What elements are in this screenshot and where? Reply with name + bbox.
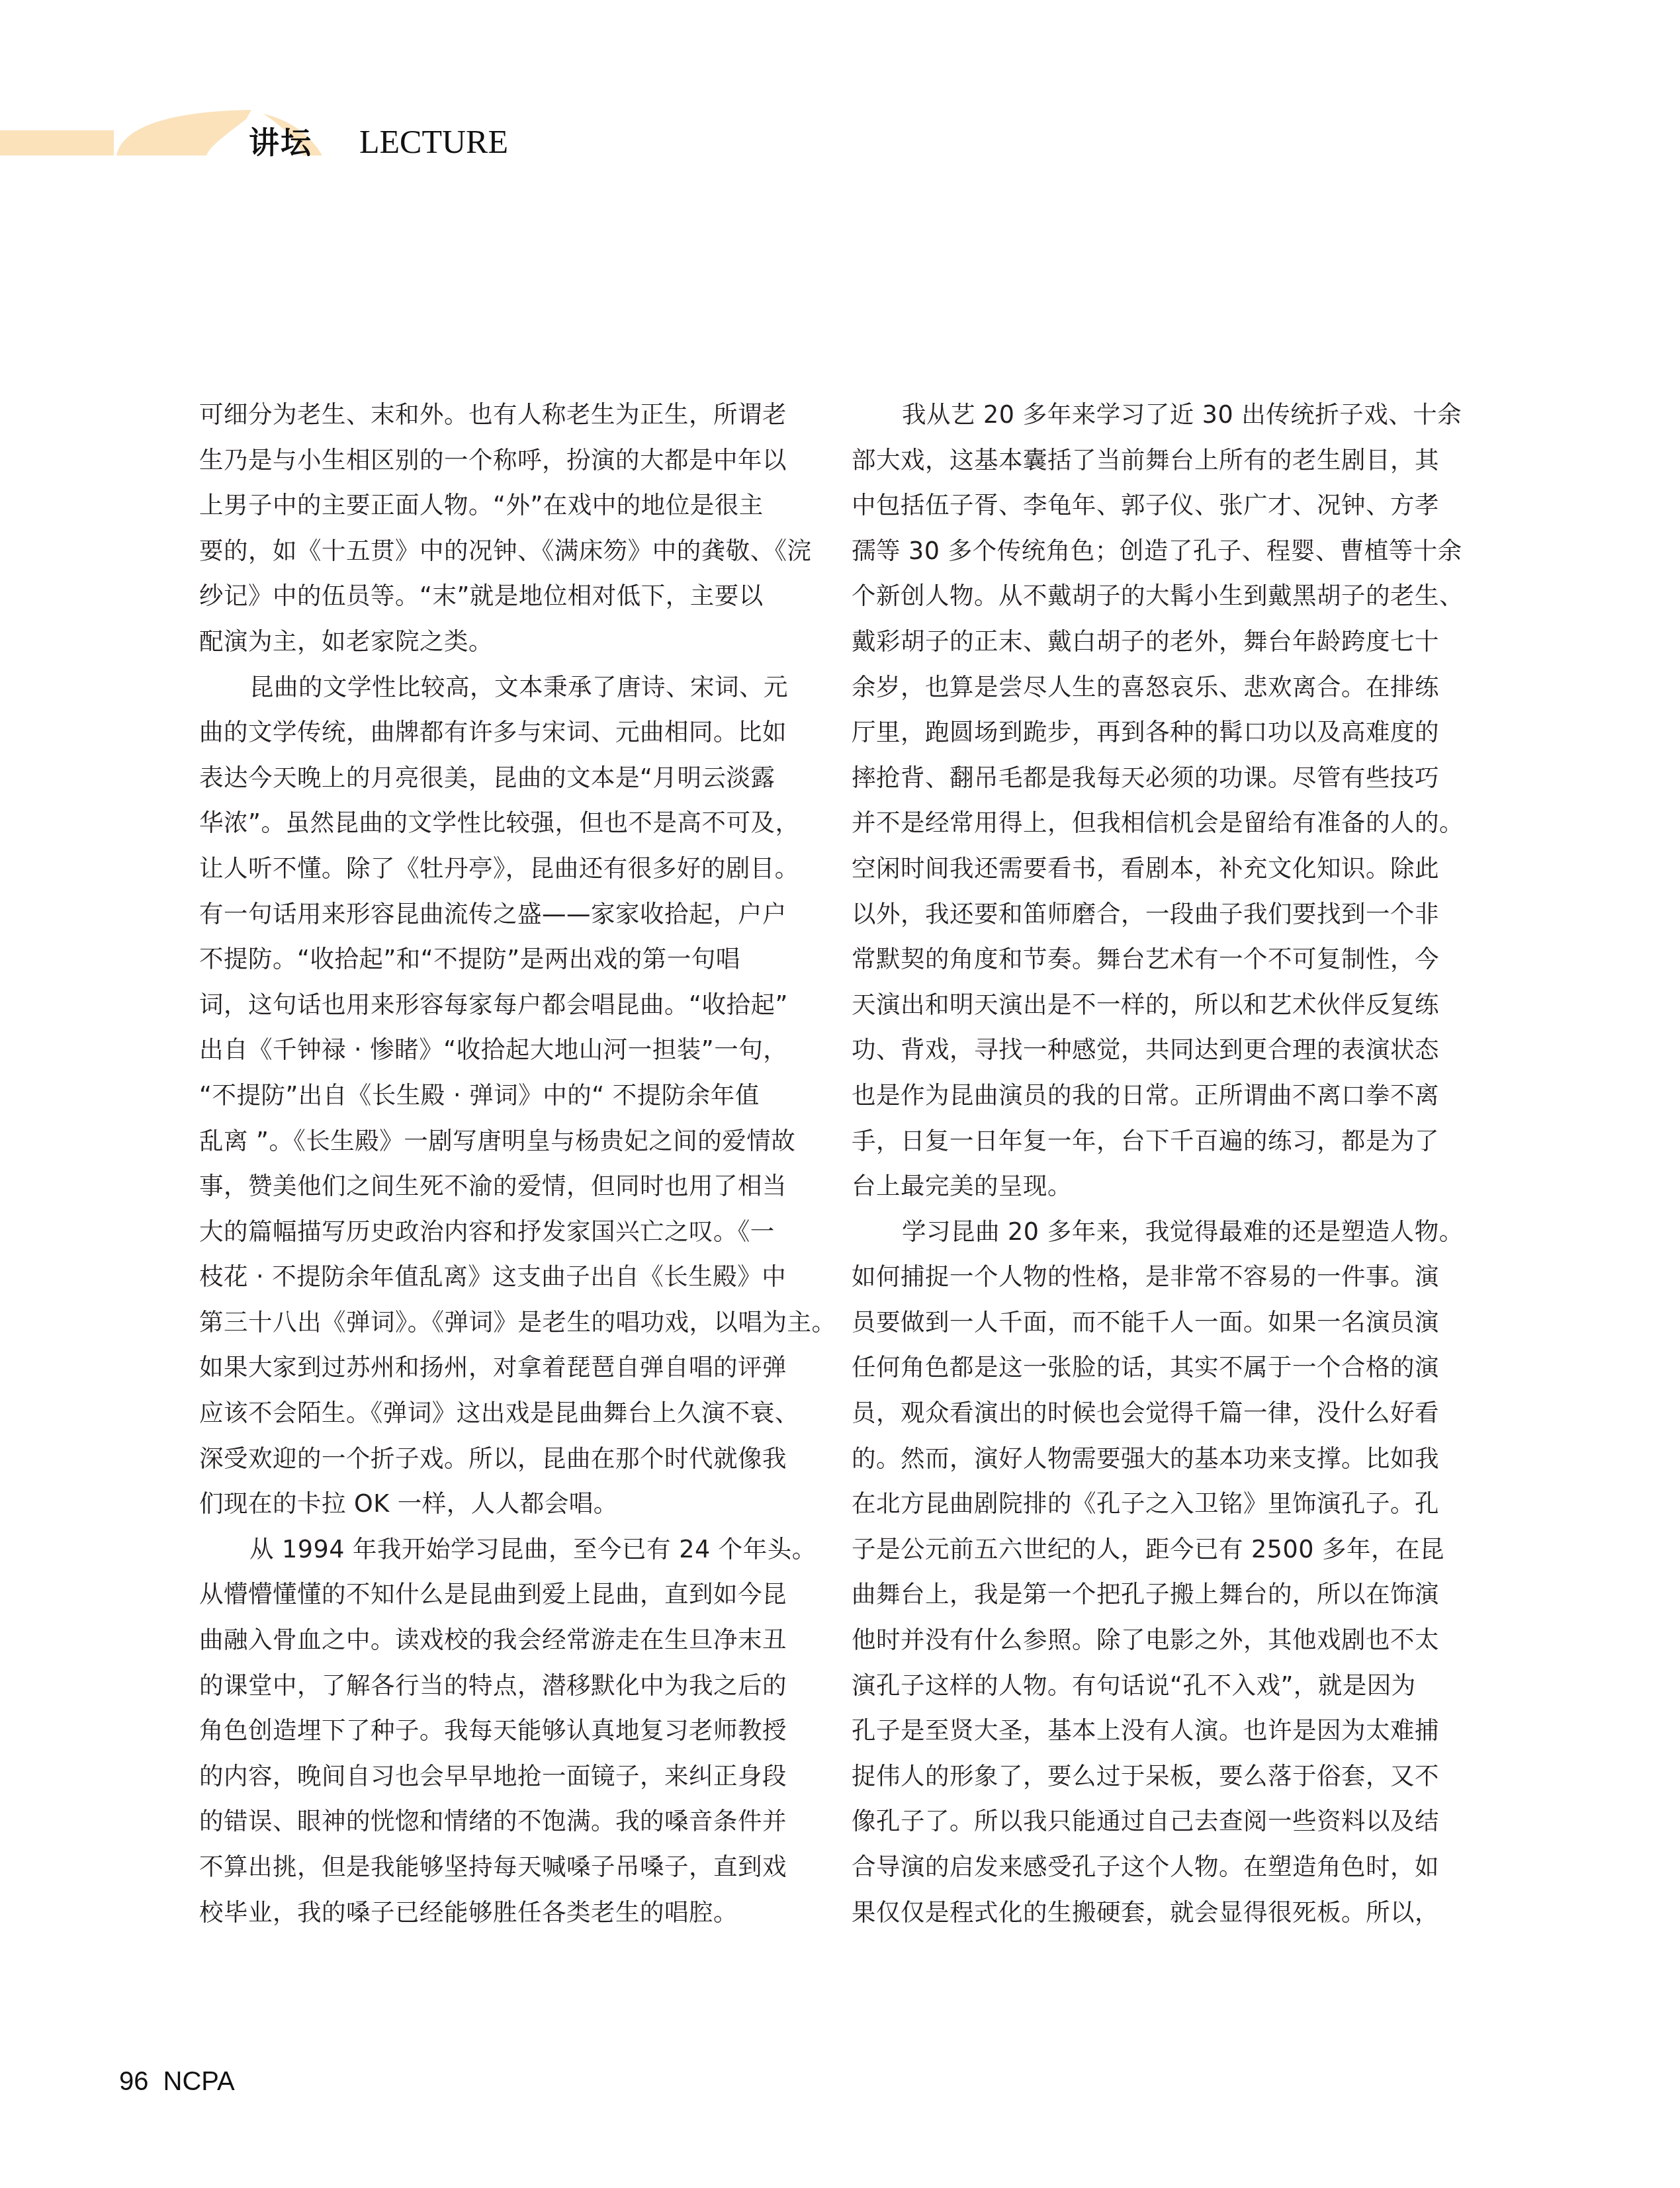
- text-line: 果仅仅是程式化的生搬硬套，就会显得很死板。所以，: [852, 1890, 1487, 1936]
- text-line: 曲的文学传统，曲牌都有许多与宋词、元曲相同。比如: [199, 710, 834, 756]
- text-line: 中包括伍子胥、李龟年、郭子仪、张广才、况钟、方孝: [852, 483, 1487, 529]
- text-line: 戴彩胡子的正末、戴白胡子的老外，舞台年龄跨度七十: [852, 619, 1487, 665]
- text-line: 员，观众看演出的时候也会觉得千篇一律，没什么好看: [852, 1391, 1487, 1436]
- text-line: 手，日复一日年复一年，台下千百遍的练习，都是为了: [852, 1119, 1487, 1164]
- text-line: 校毕业，我的嗓子已经能够胜任各类老生的唱腔。: [199, 1890, 834, 1936]
- text-line: 曲融入骨血之中。读戏校的我会经常游走在生旦净末丑: [199, 1618, 834, 1663]
- text-line: 厅里，跑圆场到跪步，再到各种的髯口功以及高难度的: [852, 710, 1487, 756]
- text-line: “不提防”出自《长生殿 · 弹词》中的“ 不提防余年值: [199, 1073, 834, 1119]
- text-line: 纱记》中的伍员等。“末”就是地位相对低下，主要以: [199, 574, 834, 619]
- text-line: 他时并没有什么参照。除了电影之外，其他戏剧也不太: [852, 1618, 1487, 1663]
- publication-name: NCPA: [163, 2067, 235, 2096]
- text-line: 学习昆曲 20 多年来，我觉得最难的还是塑造人物。: [852, 1209, 1487, 1255]
- text-line: 事，赞美他们之间生死不渝的爱情，但同时也用了相当: [199, 1164, 834, 1209]
- text-line: 大的篇幅描写历史政治内容和抒发家国兴亡之叹。《一: [199, 1209, 834, 1255]
- text-line: 词，这句话也用来形容每家每户都会唱昆曲。“收拾起”: [199, 983, 834, 1028]
- text-line: 员要做到一人千面，而不能千人一面。如果一名演员演: [852, 1300, 1487, 1346]
- text-line: 如何捕捉一个人物的性格，是非常不容易的一件事。演: [852, 1254, 1487, 1300]
- text-line: 并不是经常用得上，但我相信机会是留给有准备的人的。: [852, 801, 1487, 846]
- text-line: 余岁，也算是尝尽人生的喜怒哀乐、悲欢离合。在排练: [852, 665, 1487, 711]
- text-line: 深受欢迎的一个折子戏。所以，昆曲在那个时代就像我: [199, 1436, 834, 1482]
- text-line: 空闲时间我还需要看书，看剧本，补充文化知识。除此: [852, 846, 1487, 892]
- text-line: 天演出和明天演出是不一样的，所以和艺术伙伴反复练: [852, 983, 1487, 1028]
- text-line: 在北方昆曲剧院排的《孔子之入卫铭》里饰演孔子。孔: [852, 1481, 1487, 1527]
- header-decoration-icon: [0, 99, 371, 172]
- text-line: 的课堂中，了解各行当的特点，潜移默化中为我之后的: [199, 1663, 834, 1709]
- text-line: 出自《千钟禄 · 惨睹》“收拾起大地山河一担装”一句，: [199, 1028, 834, 1073]
- text-line: 们现在的卡拉 OK 一样，人人都会唱。: [199, 1481, 834, 1527]
- text-line: 摔抢背、翻吊毛都是我每天必须的功课。尽管有些技巧: [852, 756, 1487, 801]
- text-line: 演孔子这样的人物。有句话说“孔不入戏”，就是因为: [852, 1663, 1487, 1709]
- text-line: 也是作为昆曲演员的我的日常。正所谓曲不离口拳不离: [852, 1073, 1487, 1119]
- text-line: 以外，我还要和笛师磨合，一段曲子我们要找到一个非: [852, 892, 1487, 938]
- text-line: 任何角色都是这一张脸的话，其实不属于一个合格的演: [852, 1345, 1487, 1391]
- text-line: 角色创造埋下了种子。我每天能够认真地复习老师教授: [199, 1708, 834, 1754]
- section-title-en: LECTURE: [359, 123, 508, 160]
- text-line: 生乃是与小生相区别的一个称呼，扮演的大都是中年以: [199, 438, 834, 484]
- text-line: 孔子是至贤大圣，基本上没有人演。也许是因为太难捕: [852, 1708, 1487, 1754]
- text-line: 乱离 ”。《长生殿》一剧写唐明皇与杨贵妃之间的爱情故: [199, 1119, 834, 1164]
- text-line: 不算出挑，但是我能够坚持每天喊嗓子吊嗓子，直到戏: [199, 1845, 834, 1890]
- text-line: 功、背戏，寻找一种感觉，共同达到更合理的表演状态: [852, 1028, 1487, 1073]
- section-title-cn: 讲坛: [249, 126, 312, 159]
- text-line: 应该不会陌生。《弹词》这出戏是昆曲舞台上久演不衰、: [199, 1391, 834, 1436]
- text-line: 像孔子了。所以我只能通过自己去查阅一些资料以及结: [852, 1799, 1487, 1845]
- text-line: 有一句话用来形容昆曲流传之盛——家家收拾起，户户: [199, 892, 834, 938]
- text-line: 个新创人物。从不戴胡子的大髯小生到戴黑胡子的老生、: [852, 574, 1487, 619]
- page-number: 96: [119, 2067, 149, 2096]
- text-line: 子是公元前五六世纪的人，距今已有 2500 多年，在昆: [852, 1527, 1487, 1573]
- text-line: 常默契的角度和节奏。舞台艺术有一个不可复制性，今: [852, 937, 1487, 983]
- text-line: 孺等 30 多个传统角色；创造了孔子、程婴、曹植等十余: [852, 529, 1487, 574]
- article-column-right: 我从艺 20 多年来学习了近 30 出传统折子戏、十余部大戏，这基本囊括了当前舞…: [852, 392, 1487, 1935]
- text-line: 让人听不懂。除了《牡丹亭》，昆曲还有很多好的剧目。: [199, 846, 834, 892]
- article-column-left: 可细分为老生、末和外。也有人称老生为正生，所谓老生乃是与小生相区别的一个称呼，扮…: [199, 392, 834, 1935]
- text-line: 捉伟人的形象了，要么过于呆板，要么落于俗套，又不: [852, 1754, 1487, 1800]
- text-line: 第三十八出《弹词》。《弹词》是老生的唱功戏，以唱为主。: [199, 1300, 834, 1346]
- text-line: 可细分为老生、末和外。也有人称老生为正生，所谓老: [199, 392, 834, 438]
- text-line: 要的，如《十五贯》中的况钟、《满床笏》中的龚敬、《浣: [199, 529, 834, 574]
- text-line: 枝花 · 不提防余年值乱离》这支曲子出自《长生殿》中: [199, 1254, 834, 1300]
- text-line: 合导演的启发来感受孔子这个人物。在塑造角色时，如: [852, 1845, 1487, 1890]
- page-footer: 96NCPA: [119, 2066, 235, 2097]
- text-line: 的。然而，演好人物需要强大的基本功来支撑。比如我: [852, 1436, 1487, 1482]
- text-line: 不提防。“收拾起”和“不提防”是两出戏的第一句唱: [199, 937, 834, 983]
- text-line: 部大戏，这基本囊括了当前舞台上所有的老生剧目，其: [852, 438, 1487, 484]
- text-line: 的内容，晚间自习也会早早地抢一面镜子，来纠正身段: [199, 1754, 834, 1800]
- text-line: 台上最完美的呈现。: [852, 1164, 1487, 1209]
- text-line: 华浓”。虽然昆曲的文学性比较强，但也不是高不可及，: [199, 801, 834, 846]
- text-line: 的错误、眼神的恍惚和情绪的不饱满。我的嗓音条件并: [199, 1799, 834, 1845]
- text-line: 曲舞台上，我是第一个把孔子搬上舞台的，所以在饰演: [852, 1572, 1487, 1618]
- text-line: 从懵懵懂懂的不知什么是昆曲到爱上昆曲，直到如今昆: [199, 1572, 834, 1618]
- text-line: 我从艺 20 多年来学习了近 30 出传统折子戏、十余: [852, 392, 1487, 438]
- text-line: 上男子中的主要正面人物。“外”在戏中的地位是很主: [199, 483, 834, 529]
- text-line: 配演为主，如老家院之类。: [199, 619, 834, 665]
- text-line: 昆曲的文学性比较高，文本秉承了唐诗、宋词、元: [199, 665, 834, 711]
- section-header: 讲坛 LECTURE: [0, 99, 596, 172]
- text-line: 表达今天晚上的月亮很美，昆曲的文本是“月明云淡露: [199, 756, 834, 801]
- text-line: 从 1994 年我开始学习昆曲，至今已有 24 个年头。: [199, 1527, 834, 1573]
- text-line: 如果大家到过苏州和扬州，对拿着琵琶自弹自唱的评弹: [199, 1345, 834, 1391]
